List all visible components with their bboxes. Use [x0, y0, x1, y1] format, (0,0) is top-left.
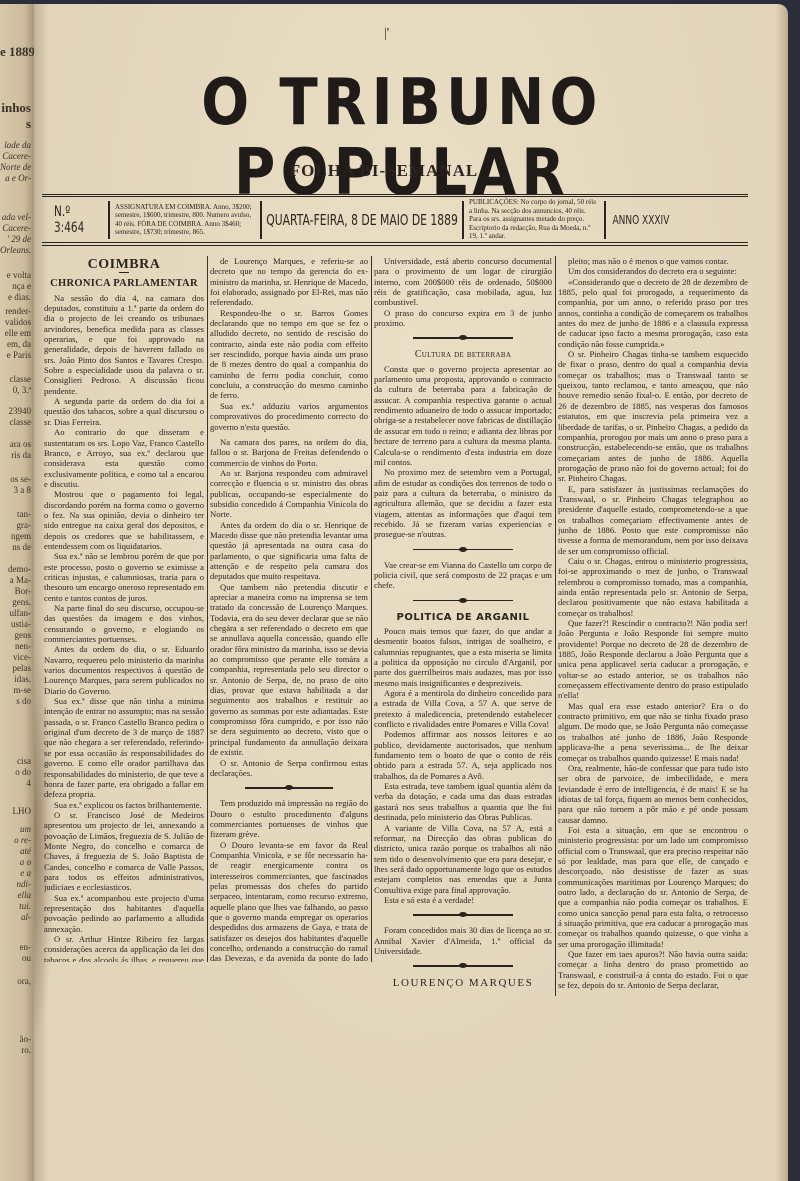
back-page-text-fragment: ndi-: [0, 879, 34, 890]
paragraph: Vae crear-se em Vianna do Castello um co…: [374, 560, 552, 591]
column-2: de Lourenço Marques, e referiu-se ao dec…: [210, 256, 368, 962]
back-page-text-fragment: Cacere-: [0, 223, 34, 234]
column-rule: [371, 256, 372, 962]
paragraph: O sr. Pinheiro Chagas tinha-se tambem es…: [558, 349, 748, 483]
section-divider: [374, 960, 552, 972]
article-body: de Lourenço Marques, e referiu-se ao dec…: [210, 256, 368, 432]
paragraph: O sr. Francisco José de Medeiros apresen…: [44, 810, 204, 893]
back-page-text-fragment: ara os: [0, 439, 34, 450]
back-page-text-fragment: e Paris: [0, 350, 34, 361]
section-divider: [374, 909, 552, 921]
paragraph: Que fazer em taes apuros?! Não havia out…: [558, 949, 748, 990]
section-divider: [374, 595, 552, 607]
column-1: COIMBRA CHRONICA PARLAMENTAR Na sessão d…: [44, 256, 204, 962]
article-body: Universidade, está aberto concurso docum…: [374, 256, 552, 328]
back-page-text-fragment: demo-: [0, 564, 34, 575]
back-page-text-fragment: ulfan-: [0, 608, 34, 619]
back-page-text-fragment: en-: [0, 942, 34, 953]
article-heading: POLITICA DE ARGANIL: [374, 613, 552, 623]
column-rule: [555, 256, 556, 996]
paragraph: A variante de Villa Cova, na 57 A, está …: [374, 823, 552, 895]
back-page-text-fragment: em, da: [0, 339, 34, 350]
section-divider: [374, 544, 552, 556]
back-page-text-fragment: Orleans.: [0, 245, 34, 256]
publication-rates: PUBLICAÇÕES: No corpo do jornal, 50 réis…: [464, 202, 604, 238]
back-page-text-fragment: ora,: [0, 976, 34, 987]
back-page-text-fragment: ada vel-: [0, 212, 34, 223]
issue-info-bar: N.º 3:464 ASSIGNATURA EM COIMBRA. Anno, …: [42, 194, 748, 246]
back-page-text-fragment: s: [0, 116, 34, 131]
paragraph: Pouco mais temos que fazer, do que andar…: [374, 626, 552, 688]
paragraph: E, para satisfazer ás justissimas reclam…: [558, 484, 748, 556]
back-page-text-fragment: e a: [0, 868, 34, 879]
paragraph: Que fazer?! Rescindir o contracto?! Não …: [558, 618, 748, 701]
issue-date: QUARTA-FEIRA, 8 DE MAIO DE 1889: [262, 202, 462, 238]
paragraph: No proximo mez de setembro vem a Portuga…: [374, 467, 552, 539]
column-3: Universidade, está aberto concurso docum…: [374, 256, 552, 988]
article-heading: LOURENÇO MARQUES: [374, 978, 552, 988]
back-page-text-fragment: o do: [0, 767, 34, 778]
paragraph: Na camara dos pares, na ordem do dia, fa…: [210, 437, 368, 468]
paragraph: O sr. Antonio de Serpa confirmou estas d…: [210, 758, 368, 779]
paragraph: Universidade, está aberto concurso docum…: [374, 256, 552, 308]
article-heading: Cultura de beterraba: [374, 350, 552, 360]
back-page-text-fragment: e dias.: [0, 292, 34, 303]
back-page-text-fragment: ou: [0, 953, 34, 964]
back-page-text-fragment: ustia-: [0, 619, 34, 630]
back-page-text-fragment: os se-: [0, 474, 34, 485]
back-page-text-fragment: ella: [0, 890, 34, 901]
back-page-text-fragment: gens: [0, 630, 34, 641]
section-divider: [210, 782, 368, 794]
column-rule: [207, 256, 208, 962]
back-page-text-fragment: até: [0, 846, 34, 857]
article-body: Foram concedidos mais 30 dias de licença…: [374, 925, 552, 956]
paragraph: Foram concedidos mais 30 dias de licença…: [374, 925, 552, 956]
article-body: Tem produzido má impressão na região do …: [210, 798, 368, 962]
newspaper-title: O TRIBUNO POPULAR: [85, 68, 719, 208]
article-body: Pouco mais temos que fazer, do que andar…: [374, 626, 552, 905]
back-page-text-fragment: 3 a 8: [0, 485, 34, 496]
previous-page-edge: e 1889inhosslade daCacere-Norte dea e Or…: [0, 4, 34, 1181]
paragraph: O sr. Arthur Hintze Ribeiro fez largas c…: [44, 934, 204, 962]
back-page-text-fragment: tui.: [0, 901, 34, 912]
back-page-text-fragment: a o: [0, 857, 34, 868]
back-page-text-fragment: Bor-: [0, 586, 34, 597]
paragraph: Esta e só esta é a verdade!: [374, 895, 552, 905]
paragraph: Na sessão do dia 4, na camara dos deputa…: [44, 293, 204, 396]
article-body: pleito; mas não o é menos o que vamos co…: [558, 256, 748, 990]
paragraph: Um dos considerandos do decreto era o se…: [558, 266, 748, 276]
paragraph: A segunda parte da ordem do dia foi a qu…: [44, 396, 204, 427]
paragraph: Respondeu-lhe o sr. Barros Gomes declara…: [210, 308, 368, 401]
paragraph: Mas qual era esse estado anterior? Era o…: [558, 701, 748, 763]
paragraph: Que tambem não pretendia discutir e apre…: [210, 582, 368, 758]
back-page-text-fragment: cisa: [0, 756, 34, 767]
section-heading: COIMBRA: [44, 260, 204, 270]
back-page-text-fragment: ns de: [0, 542, 34, 553]
back-page-text-fragment: al-: [0, 912, 34, 923]
back-page-text-fragment: LHO: [0, 806, 34, 817]
back-page-text-fragment: ris da: [0, 450, 34, 461]
back-page-text-fragment: s do: [0, 696, 34, 707]
paragraph: Consta que o governo projecta apresentar…: [374, 364, 552, 467]
subscription-rates: ASSIGNATURA EM COIMBRA. Anno, 3$200; sem…: [110, 202, 260, 238]
back-page-text-fragment: 4: [0, 778, 34, 789]
back-page-text-fragment: ngem: [0, 531, 34, 542]
paragraph: Mostrou que o pagamento foi legal, disco…: [44, 489, 204, 551]
article-body: Vae crear-se em Vianna do Castello um co…: [374, 560, 552, 591]
back-page-text-fragment: Norte de: [0, 162, 34, 173]
section-divider: [374, 332, 552, 344]
column-4: pleito; mas não o é menos o que vamos co…: [558, 256, 748, 1011]
paragraph: Tem produzido má impressão na região do …: [210, 798, 368, 839]
back-page-text-fragment: Cacere-: [0, 151, 34, 162]
issue-number: N.º 3:464: [50, 202, 100, 238]
back-page-text-fragment: lade da: [0, 140, 34, 151]
paragraph: O praso do concurso expira em 3 de junho…: [374, 308, 552, 329]
article-body: Na camara dos pares, na ordem do dia, fa…: [210, 437, 368, 778]
paragraph: Ao contrario do que disseram e sustentar…: [44, 427, 204, 489]
back-page-text-fragment: gra-: [0, 520, 34, 531]
back-page-text-fragment: vice-: [0, 652, 34, 663]
volume-year: ANNO XXXIV: [606, 202, 676, 238]
back-page-text-fragment: gens.: [0, 597, 34, 608]
article-body: Consta que o governo projecta apresentar…: [374, 364, 552, 540]
paragraph: Podemos affirmar aos nossos leitores e a…: [374, 729, 552, 781]
article-heading: CHRONICA PARLAMENTAR: [44, 279, 204, 289]
back-page-text-fragment: nen-: [0, 641, 34, 652]
paragraph: «Considerando que o decreto de 28 de dez…: [558, 277, 748, 349]
back-page-text-fragment: elle em: [0, 328, 34, 339]
paragraph: pleito; mas não o é menos o que vamos co…: [558, 256, 748, 266]
back-page-text-fragment: m-se: [0, 685, 34, 696]
paragraph: Esta estrada, teve tambem igual quantia …: [374, 781, 552, 822]
back-page-text-fragment: ' 29 de: [0, 234, 34, 245]
back-page-text-fragment: a e Or-: [0, 173, 34, 184]
paragraph: O Douro levanta-se em favor da Real Comp…: [210, 840, 368, 962]
paragraph: Ora, realmente, hão-de confessar que par…: [558, 763, 748, 825]
paragraph: Sua ex.ª disse que não tinha a minima in…: [44, 696, 204, 799]
back-page-text-fragment: o re-: [0, 835, 34, 846]
paragraph: Ao sr. Barjona respondeu com admiravel c…: [210, 468, 368, 520]
back-page-text-fragment: validos: [0, 317, 34, 328]
back-page-text-fragment: 23940: [0, 406, 34, 417]
back-page-text-fragment: tan-: [0, 509, 34, 520]
paragraph: Agora é a mentirola do dinheiro concedid…: [374, 688, 552, 729]
back-page-text-fragment: classe: [0, 417, 34, 428]
paragraph: Antes da ordem do dia o sr. Henrique de …: [210, 520, 368, 582]
back-page-text-fragment: e 1889: [0, 44, 34, 59]
paragraph: Caiu o sr. Chagas, entrou o ministerio p…: [558, 556, 748, 618]
paragraph: Antes da ordem do dia, o sr. Eduardo Nav…: [44, 644, 204, 696]
back-page-text-fragment: nça e: [0, 281, 34, 292]
article-columns: COIMBRA CHRONICA PARLAMENTAR Na sessão d…: [42, 256, 752, 1176]
ornament: [119, 272, 129, 273]
paragraph: Sua ex.ª explicou os factos brilhantemen…: [44, 800, 204, 810]
article-body: Na sessão do dia 4, na camara dos deputa…: [44, 293, 204, 962]
paragraph: Sua ex.ª acompanhou este projecto d'uma …: [44, 893, 204, 934]
back-page-text-fragment: a Ma-: [0, 575, 34, 586]
back-page-text-fragment: um: [0, 824, 34, 835]
back-page-text-fragment: ro.: [0, 1045, 34, 1056]
back-page-text-fragment: e volta: [0, 270, 34, 281]
paragraph: Foi esta a situação, em que se encontrou…: [558, 825, 748, 949]
newspaper-subtitle: FOLHA BI-SEMANAL: [34, 161, 734, 181]
back-page-text-fragment: ão-: [0, 1034, 34, 1045]
back-page-text-fragment: 0, 3.ª: [0, 385, 34, 396]
back-page-text-fragment: classe: [0, 374, 34, 385]
ink-mark: |': [384, 26, 389, 42]
newspaper-page: |' O TRIBUNO POPULAR FOLHA BI-SEMANAL N.…: [34, 4, 788, 1181]
paragraph: de Lourenço Marques, e referiu-se ao dec…: [210, 256, 368, 308]
paragraph: Sua ex.ª não se lembrou porém de que por…: [44, 551, 204, 603]
back-page-text-fragment: idas.: [0, 674, 34, 685]
back-page-text-fragment: render-: [0, 306, 34, 317]
paragraph: Na parte final do seu discurso, occupou-…: [44, 603, 204, 644]
paragraph: Sua ex.ª adduziu varios argumentos compr…: [210, 401, 368, 432]
back-page-text-fragment: inhos: [0, 100, 34, 115]
back-page-text-fragment: pelas: [0, 663, 34, 674]
